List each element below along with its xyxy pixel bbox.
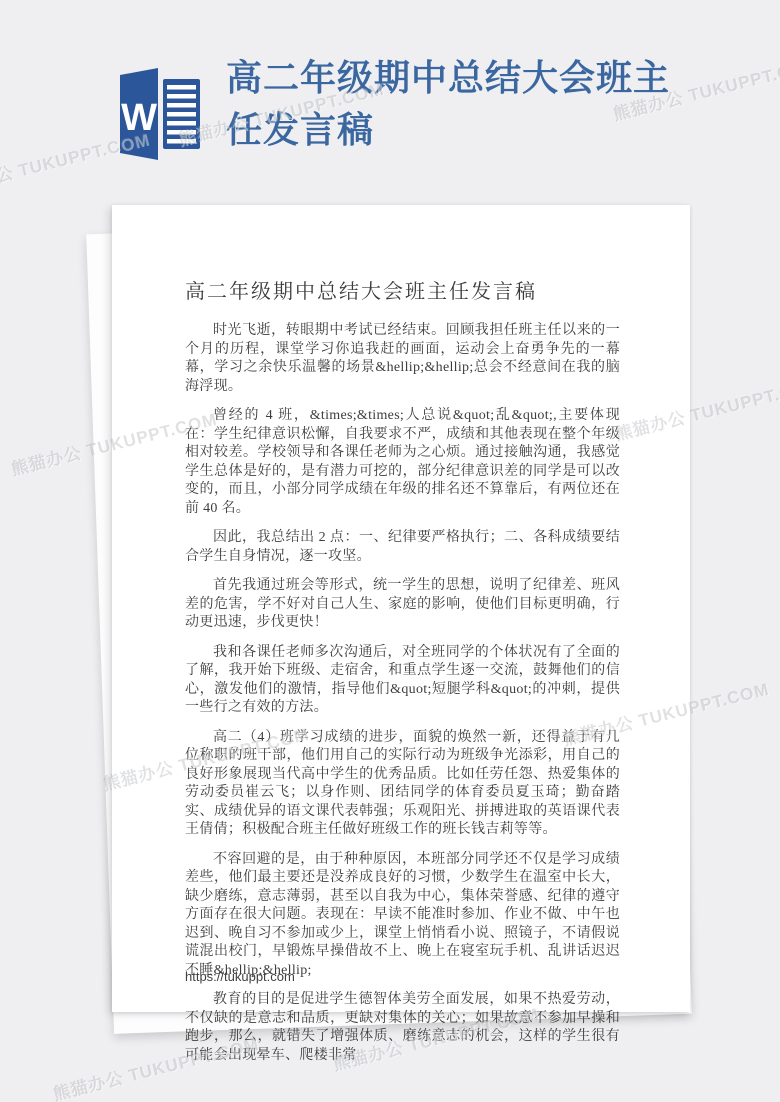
document-title: 高二年级期中总结大会班主任发言稿 bbox=[185, 275, 620, 304]
doc-paragraph: 因此，我总结出 2 点：一、纪律要严格执行；二、各科成绩要结合学生自身情况，逐一… bbox=[185, 529, 620, 566]
doc-paragraph: 我和各课任老师多次沟通后，对全班同学的个体状况有了全面的了解，我开始下班级、走宿… bbox=[185, 644, 620, 718]
doc-paragraph: 首先我通过班会等形式，统一学生的思想，说明了纪律差、班风差的危害，学不好对自己人… bbox=[185, 577, 620, 633]
footer-url: https://tukuppt.com bbox=[185, 969, 295, 984]
word-icon: W bbox=[106, 62, 206, 166]
doc-paragraph: 教育的目的是促进学生德智体美劳全面发展，如果不热爱劳动，不仅缺的是意志和品质，更… bbox=[185, 991, 620, 1065]
doc-paragraph: 高二（4）班学习成绩的进步，面貌的焕然一新，还得益于有几位称职的班干部，他们用自… bbox=[185, 729, 620, 840]
doc-paragraph: 曾经的 4 班，&times;&times;人总说&quot;乱&quot;,主… bbox=[185, 407, 620, 518]
doc-paragraph: 不容回避的是，由于种种原因，本班部分同学还不仅是学习成绩差些，他们最主要还是没养… bbox=[185, 851, 620, 981]
page-canvas: 熊猫办公 TUKUPPT.COM 熊猫办公 TUKUPPT.COM 熊猫办公 T… bbox=[0, 0, 780, 1102]
svg-text:W: W bbox=[121, 97, 157, 139]
doc-paragraph: 时光飞逝，转眼期中考试已经结束。回顾我担任班主任以来的一个月的历程，课堂学习你追… bbox=[185, 322, 620, 396]
document-body: 时光飞逝，转眼期中考试已经结束。回顾我担任班主任以来的一个月的历程，课堂学习你追… bbox=[185, 322, 620, 1065]
document-page: 高二年级期中总结大会班主任发言稿 时光飞逝，转眼期中考试已经结束。回顾我担任班主… bbox=[112, 205, 690, 1012]
page-title: 高二年级期中总结大会班主任发言稿 bbox=[226, 52, 676, 156]
